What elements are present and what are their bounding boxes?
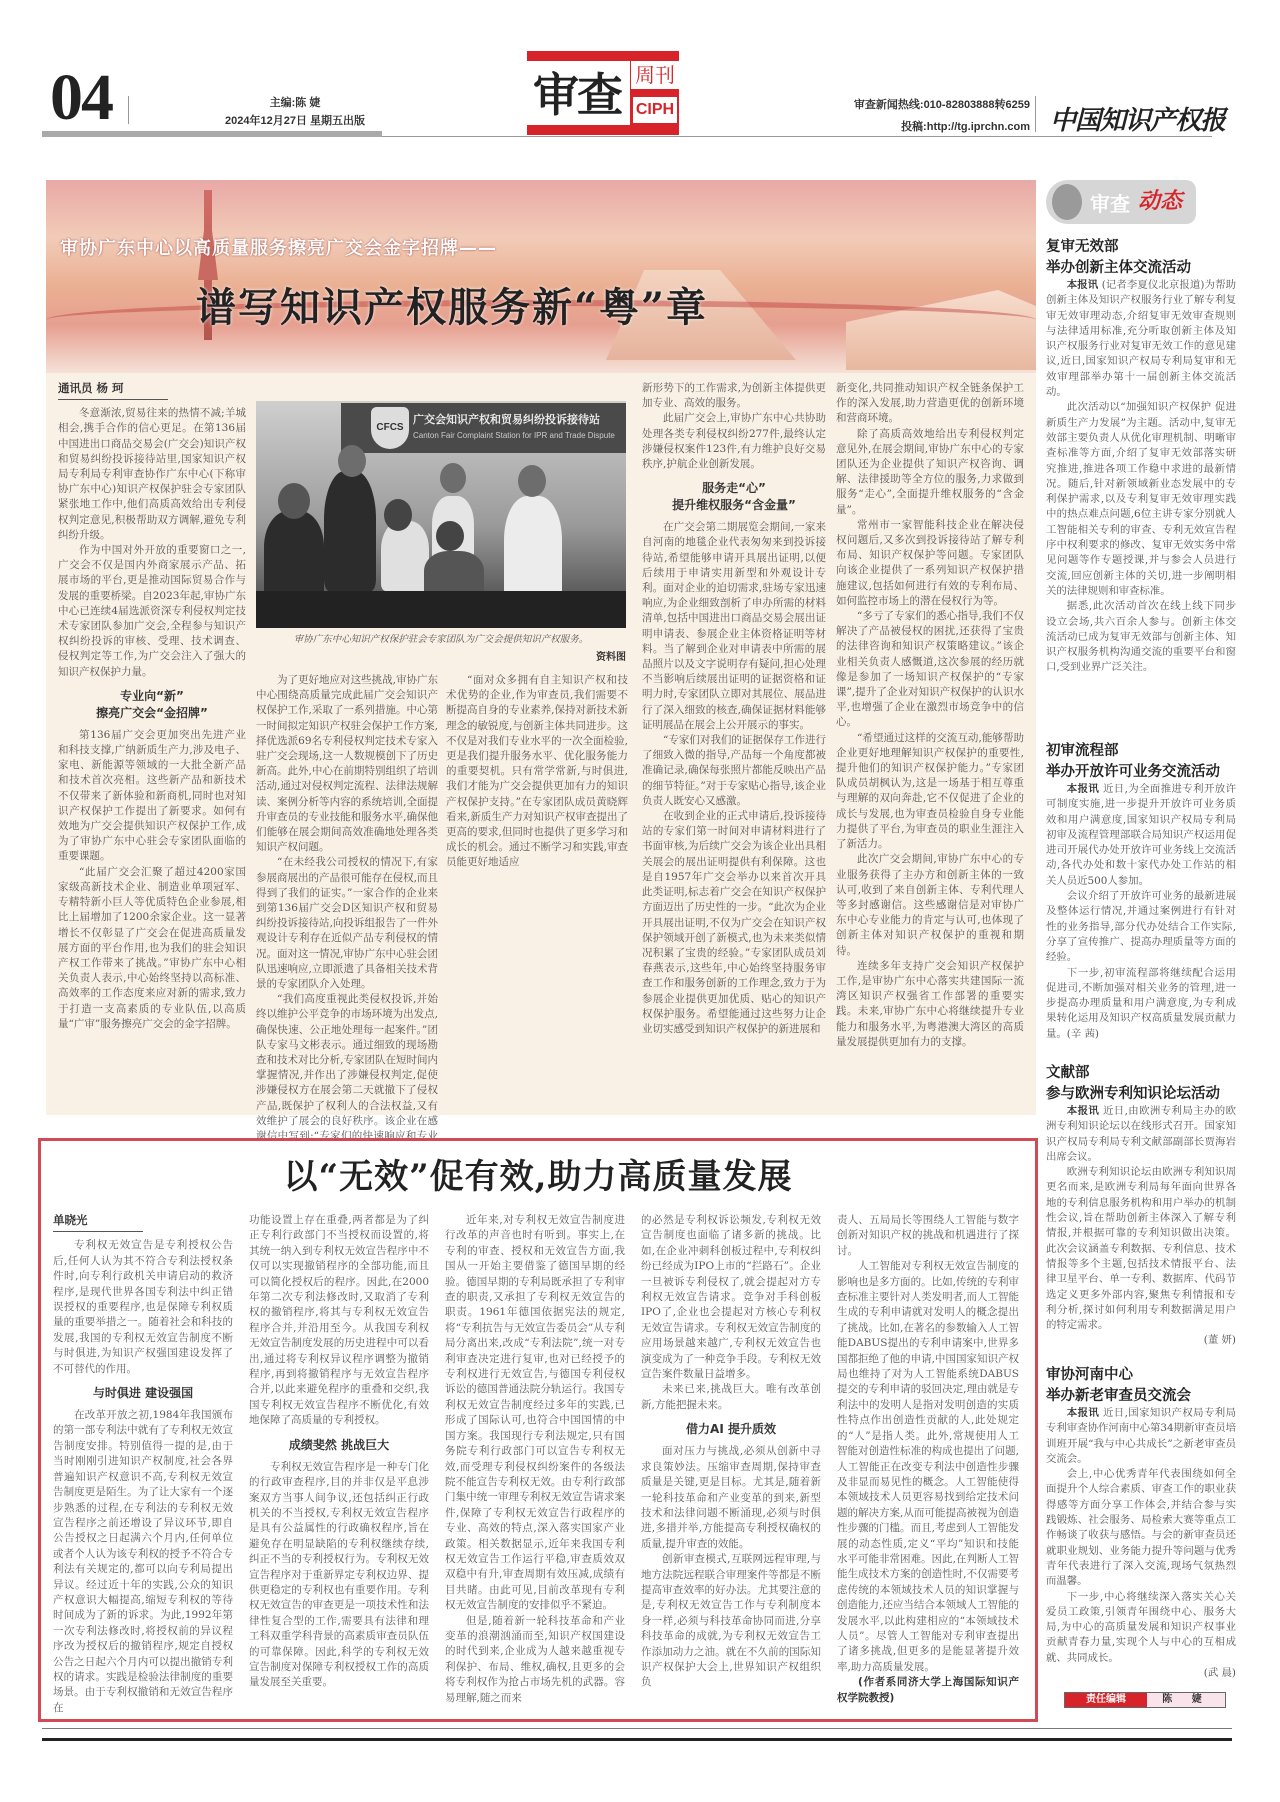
paragraph: 下一步,初审流程部将继续配合运用促进司,不断加强对相关业务的管理,进一步提高办理… [1046,966,1236,1042]
lead-article-banner: 审协广东中心以高质量服务擦亮广交会金字招牌—— 谱写知识产权服务新“粤”章 [46,180,1036,373]
paragraph: 未来已来,挑战巨大。唯有改革创新,方能把握未来。 [641,1382,821,1413]
masthead-subtitle: 周刊 [631,61,679,89]
lead-col-5: 新变化,共同推动知识产权全链条保护工作的深入发展,助力营造更优的创新环境和营商环… [836,381,1024,1050]
lead-col-2: 为了更好地应对这些挑战,审协广东中心围绕高质量完成此届广交会知识产权保护工作,采… [256,673,438,1190]
opinion-article-title: 以“无效”促有效,助力高质量发展 [41,1149,1035,1198]
lead-article-title: 谱写知识产权服务新“粤”章 [196,276,708,333]
paragraph: “专家们对我们的证据保存工作进行了细致入微的指导,产品每一个角度都被准确记录,确… [642,733,826,809]
news-title: 复审无效部举办创新主体交流活动 [1046,236,1236,278]
news-title: 文献部参与欧洲专利知识论坛活动 [1046,1062,1236,1104]
paragraph: 作为中国对外开放的重要窗口之一,广交会不仅是国内外商家展示产品、拓展市场的平台,… [58,543,246,680]
footer-rule [42,1728,1232,1729]
page-number: 04 [50,60,112,136]
byline: 通讯员 杨 珂 [58,381,168,400]
photo-source: 资料图 [526,648,626,663]
paragraph: 的必然是专利权诉讼频发,专利权无效宣告制度也面临了诸多新的挑战。比如,在企业冲刺… [641,1213,821,1382]
header-divider [128,96,129,124]
author-note: (作者系同济大学上海国际知识产权学院教授) [837,1675,1019,1706]
paragraph: 据悉,此次活动首次在线上线下同步设立会场,共六百余人参与。创新主体交流活动已成为… [1046,599,1236,675]
paragraph: 在改革开放之初,1984年我国颁布的第一部专利法中就有了专利权无效宣告制度安排。… [53,1408,233,1716]
paragraph: 但是,随着新一轮科技革命和产业变革的浪潮汹涌而至,知识产权国建设的时代到来,企业… [445,1614,625,1706]
section-heading: 与时俱进 建设强国 [53,1385,233,1402]
paragraph: “多亏了专家们的悉心指导,我们不仅解决了产品被侵权的困扰,还获得了宝贵的法律咨询… [836,609,1024,731]
news-title: 审协河南中心举办新老审查员交流会 [1046,1364,1236,1406]
paragraph: 专利权无效宣告是专利授权公告后,任何人认为其不符合专利法授权条件时,向专利行政机… [53,1238,233,1377]
newspaper-logo: 中国知识产权报 [1050,100,1225,137]
paragraph: 创新审查模式,互联网远程审理,与地方法院远程联合审理案件等都是不断提高审查效率的… [641,1552,821,1691]
paragraph: 本报讯 近日,由欧洲专利局主办的欧洲专利知识论坛以在线形式召开。国家知识产权局专… [1046,1104,1236,1165]
contact-info: 审查新闻热线:010-82803888转6259 投稿:http://tg.ip… [720,94,1030,138]
lead-col-4: 新形势下的工作需求,为创新主体提供更加专业、高效的服务。 此届广交会上,审协广东… [642,381,826,1037]
paragraph: “面对众多拥有自主知识产权和技术优势的企业,作为审查员,我们需要不断提高自身的专… [446,673,628,871]
paragraph: 此次广交会期间,审协广东中心的专业服务获得了主办方和创新主体的一致认可,收到了来… [836,852,1024,958]
paragraph: “在未经我公司授权的情况下,有家参展商展出的产品很可能存在侵权,而且得到了我们的… [256,855,438,992]
paragraph: 为了更好地应对这些挑战,审协广东中心围绕高质量完成此届广交会知识产权保护工作,采… [256,673,438,855]
masthead-logo: 审查 周刊 CIPH [527,51,679,135]
issue-date: 2024年12月27日 星期五出版 [215,112,375,130]
sidebar-news-item: 文献部参与欧洲专利知识论坛活动 本报讯 近日,由欧洲专利局主办的欧洲专利知识论坛… [1046,1062,1236,1349]
opinion-col-5: 责人、五局局长等围绕人工智能与数字创新对知识产权的挑战和机遇进行了探讨。 人工智… [837,1213,1019,1706]
paragraph: 本报讯 近日,国家知识产权局专利局专利审查协作河南中心第34期新审查员培训班开展… [1046,1406,1236,1467]
paragraph: 在广交会第二期展览会期间,一家来自河南的地毯企业代表匆匆来到投诉接待站,希望能够… [642,520,826,733]
paragraph: 此届广交会上,审协广东中心共协助处理各类专利侵权纠纷277件,最终认定涉嫌侵权案… [642,411,826,472]
paragraph: 责人、五局局长等围绕人工智能与数字创新对知识产权的挑战和机遇进行了探讨。 [837,1213,1019,1259]
paragraph: 下一步,中心将继续深入落实关心关爱员工政策,引领青年围绕中心、服务大局,为中心的… [1046,1590,1236,1666]
sidebar-news-item: 初审流程部举办开放许可业务交流活动 本报讯 近日,为全面推进专利开放许可制度实施… [1046,740,1236,1042]
masthead-title: 审查 [533,59,621,125]
editor-in-chief: 主编:陈 婕 [215,94,375,112]
section-heading: 借力AI 提升质效 [641,1421,821,1438]
station-sign: CFCS 广交会知识产权和贸易纠纷投诉接待站 Canton Fair Compl… [341,403,626,453]
paragraph: 会上,中心优秀青年代表围绕如何全面提升个人综合素质、审查工作的职业获得感等方面分… [1046,1467,1236,1589]
paragraph: 功能设置上存在重叠,两者都是为了纠正专利行政部门不当授权而设置的,将其统一纳入到… [249,1213,429,1429]
opinion-col-2: 功能设置上存在重叠,两者都是为了纠正专利行政部门不当授权而设置的,将其统一纳入到… [249,1213,429,1691]
paragraph: 专利权无效宣告程序是一种专门化的行政审查程序,目的并非仅是平息涉案双方当事人间争… [249,1460,429,1691]
signature: (董 妍) [1046,1333,1236,1348]
lead-article-subtitle: 审协广东中心以高质量服务擦亮广交会金字招牌—— [60,234,497,260]
cfcs-logo-icon: CFCS [371,407,409,449]
paragraph: 除了高质高效地给出专利侵权判定意见外,在展会期间,审协广东中心的专家团队还为企业… [836,427,1024,518]
paragraph: 此次活动以“加强知识产权保护 促进新质生产力发展”为主题。活动中,复审无效部主要… [1046,400,1236,599]
issue-meta: 主编:陈 婕 2024年12月27日 星期五出版 [215,94,375,130]
paragraph: 新变化,共同推动知识产权全链条保护工作的深入发展,助力营造更优的创新环境和营商环… [836,381,1024,427]
paragraph: “此届广交会汇聚了超过4200家国家级高新技术企业、制造业单项冠军、专精特新小巨… [58,865,246,1032]
sidebar-section-label: 审查 动态 [1046,180,1196,224]
section-heading: 服务走“心”提升维权服务“含金量” [642,480,826,514]
opinion-col-4: 的必然是专利权诉讼频发,专利权无效宣告制度也面临了诸多新的挑战。比如,在企业冲刺… [641,1213,821,1691]
sidebar-news-item: 复审无效部举办创新主体交流活动 本报讯 (记者李夏仪北京报道)为帮助创新主体及知… [1046,236,1236,676]
opinion-col-1: 单晓光 专利权无效宣告是专利授权公告后,任何人认为其不符合专利法授权条件时,向专… [53,1213,233,1716]
opinion-col-3: 近年来,对专利权无效宣告制度进行改革的声音也时有听到。事实上,在专利的审查、授权… [445,1213,625,1706]
lead-col-1: 通讯员 杨 珂 冬意渐浓,贸易往来的热情不减;羊城相会,携手合作的信心更足。在第… [58,381,246,1032]
news-hotline: 审查新闻热线:010-82803888转6259 [720,94,1030,116]
paragraph: 新形势下的工作需求,为创新主体提供更加专业、高效的服务。 [642,381,826,411]
sidebar-news-item: 审协河南中心举办新老审查员交流会 本报讯 近日,国家知识产权局专利局专利审查协作… [1046,1364,1236,1681]
lead-article-body: 通讯员 杨 珂 冬意渐浓,贸易往来的热情不减;羊城相会,携手合作的信心更足。在第… [46,373,1036,1115]
header-divider-2 [1035,96,1036,132]
lead-article-photo: CFCS 广交会知识产权和贸易纠纷投诉接待站 Canton Fair Compl… [256,401,626,628]
header-rule [42,131,382,137]
footer-rule-thick [42,1738,1232,1741]
masthead-abbr: CIPH [633,97,677,123]
signature: (武 晨) [1046,1666,1236,1681]
paragraph: 欧洲专利知识论坛由欧洲专利知识周更名而来,是欧洲专利局每年面向世界各地的专利信息… [1046,1165,1236,1333]
byline: 单晓光 [53,1213,143,1232]
news-title: 初审流程部举办开放许可业务交流活动 [1046,740,1236,782]
opinion-article: 以“无效”促有效,助力高质量发展 单晓光 专利权无效宣告是专利授权公告后,任何人… [38,1138,1038,1722]
photo-caption: 审协广东中心知识产权保护驻会专家团队为广交会提供知识产权服务。 [256,631,626,645]
lead-col-3: “面对众多拥有自主知识产权和技术优势的企业,作为审查员,我们需要不断提高自身的专… [446,673,628,871]
section-heading: 专业向“新”擦亮广交会“金招牌” [58,688,246,722]
paragraph: 人工智能对专利权无效宣告制度的影响也是多方面的。比如,传统的专利审查标准主要针对… [837,1259,1019,1675]
paragraph: 面对压力与挑战,必须从创新中寻求良策妙法。压缩审查周期,保持审查质量是关键,更是… [641,1444,821,1552]
paragraph: 第136届广交会更加突出先进产业和科技支撑,广纳新质生产力,涉及电子、家电、新能… [58,728,246,865]
paragraph: 近年来,对专利权无效宣告制度进行改革的声音也时有听到。事实上,在专利的审查、授权… [445,1213,625,1614]
paragraph: 本报讯 近日,为全面推进专利开放许可制度实施,进一步提升开放许可业务质效和用户满… [1046,782,1236,889]
paragraph: 连续多年支持广交会知识产权保护工作,是审协广东中心落实共建国际一流湾区知识产权强… [836,959,1024,1050]
paragraph: 常州市一家智能科技企业在解决侵权问题后,又多次到投诉接待站了解专利布局、知识产权… [836,518,1024,609]
responsible-editor: 责任编辑 陈 婕 [1064,1692,1226,1708]
paragraph: 本报讯 (记者李夏仪北京报道)为帮助创新主体及知识产权服务行业了解专利复审无效审… [1046,278,1236,400]
paragraph: 会议介绍了开放许可业务的最新进展及整体运行情况,并通过案例进行有针对性的业务指导… [1046,889,1236,965]
microphone-icon [1052,184,1082,220]
paragraph: “希望通过这样的交流互动,能够帮助企业更好地理解知识产权保护的重要性,提升他们的… [836,731,1024,853]
paragraph: 在收到企业的正式申请后,投诉接待站的专家们第一时间对申请材料进行了书面审核,为后… [642,809,826,1037]
submission-link[interactable]: 投稿:http://tg.iprchn.com [720,116,1030,138]
paragraph: 冬意渐浓,贸易往来的热情不减;羊城相会,携手合作的信心更足。在第136届中国进出… [58,406,246,543]
section-heading: 成绩斐然 挑战巨大 [249,1437,429,1454]
